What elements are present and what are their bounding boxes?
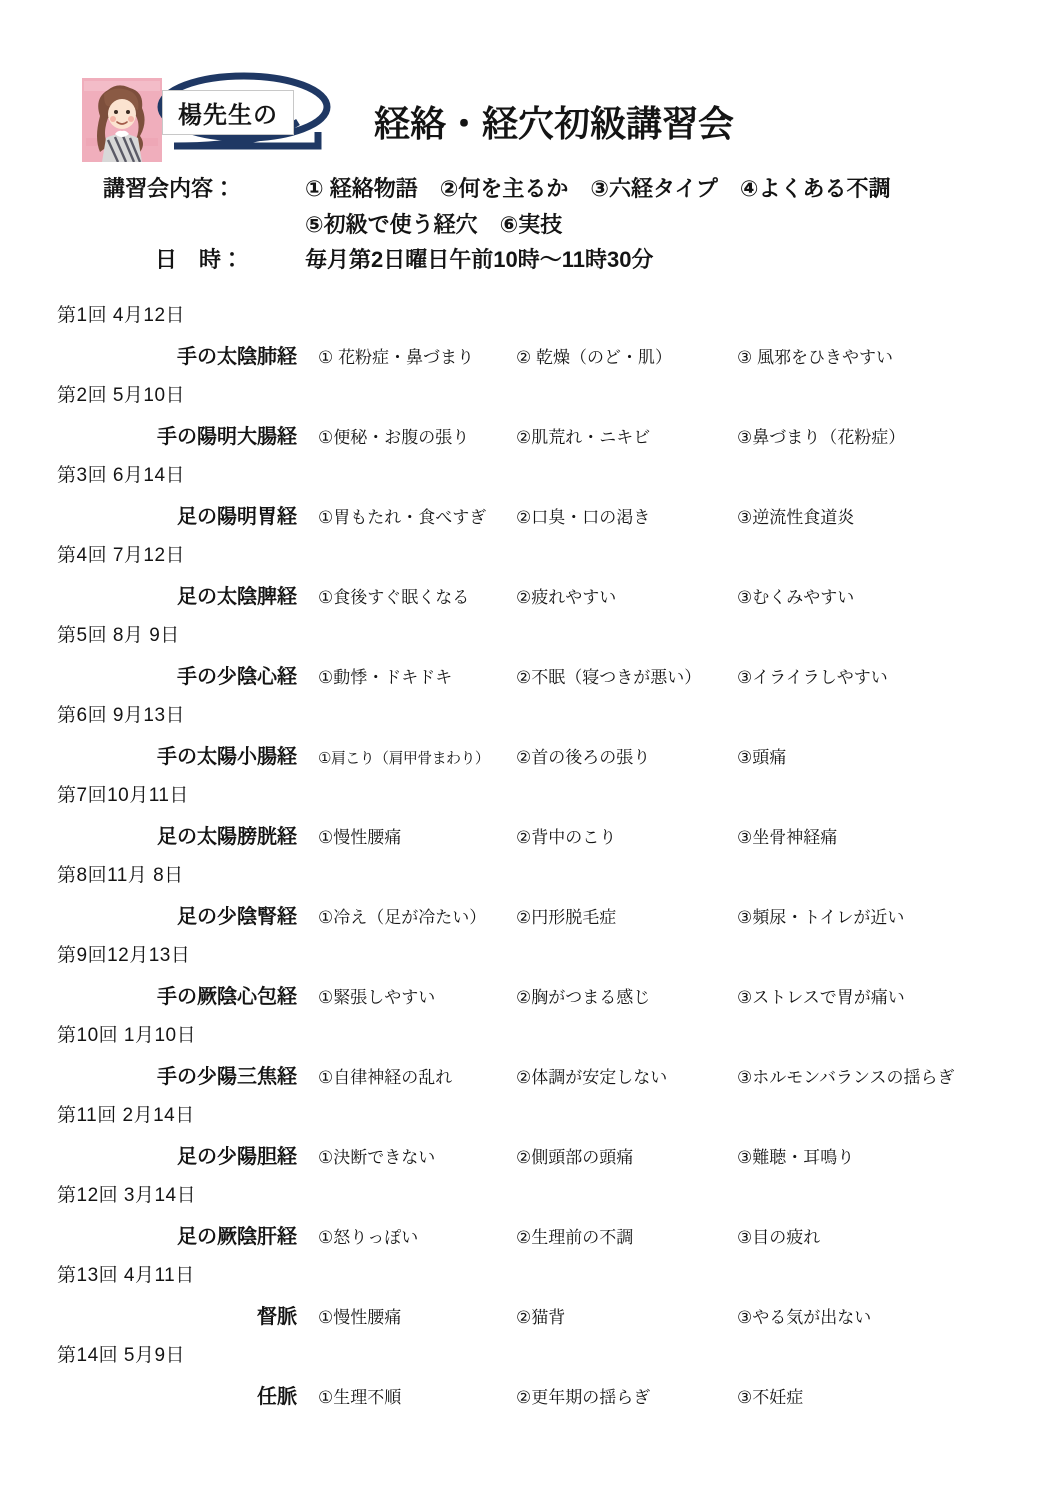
symptom-3: ③やる気が出ない (716, 1303, 1058, 1328)
session-item: 第9回12月13日 手の厥陰心包経 ①緊張しやすい ②胸がつまる感じ ③ストレス… (0, 940, 1058, 1020)
symptom-3: ③頻尿・トイレが近い (716, 903, 1058, 928)
symptom-3: ③むくみやすい (716, 583, 1058, 608)
symptom-3: ③頭痛 (716, 743, 1058, 768)
session-row: 督脈 ①慢性腰痛 ②猫背 ③やる気が出ない (0, 1300, 1058, 1329)
symptom-2: ②疲れやすい (495, 583, 716, 608)
symptom-2: ② 乾燥（のど・肌） (495, 343, 716, 368)
symptom-1: ①慢性腰痛 (297, 823, 495, 848)
session-item: 第3回 6月14日 足の陽明胃経 ①胃もたれ・食べすぎ ②口臭・口の渇き ③逆流… (0, 460, 1058, 540)
session-row: 足の太陽膀胱経 ①慢性腰痛 ②背中のこり ③坐骨神経痛 (0, 820, 1058, 849)
symptom-2: ②口臭・口の渇き (495, 503, 716, 528)
symptom-1: ①怒りっぽい (297, 1223, 495, 1248)
meridian-name: 足の太陰脾経 (0, 580, 297, 609)
symptom-3: ③坐骨神経痛 (716, 823, 1058, 848)
session-item: 第6回 9月13日 手の太陽小腸経 ①肩こり（肩甲骨まわり） ②首の後ろの張り … (0, 700, 1058, 780)
symptom-3: ③不妊症 (716, 1383, 1058, 1408)
symptom-3: ③イライラしやすい (716, 663, 1058, 688)
meridian-name: 足の太陽膀胱経 (0, 820, 297, 849)
session-heading: 第6回 9月13日 (57, 700, 185, 727)
symptom-2: ②肌荒れ・ニキビ (495, 423, 716, 448)
symptom-1: ①自律神経の乱れ (297, 1063, 495, 1088)
meridian-name: 足の厥陰肝経 (0, 1220, 297, 1249)
session-heading: 第12回 3月14日 (57, 1180, 196, 1207)
session-heading: 第10回 1月10日 (57, 1020, 196, 1047)
session-heading: 第7回10月11日 (57, 780, 189, 807)
meridian-name: 足の少陽胆経 (0, 1140, 297, 1169)
meridian-name: 手の陽明大腸経 (0, 420, 297, 449)
datetime-value: 毎月第2日曜日午前10時～11時30分 (305, 243, 653, 274)
meridian-name: 手の少陰心経 (0, 660, 297, 689)
symptom-2: ②首の後ろの張り (495, 743, 716, 768)
session-heading: 第5回 8月 9日 (57, 620, 180, 647)
symptom-1: ① 花粉症・鼻づまり (297, 343, 495, 368)
seminar-content-line-2: ⑤初級で使う経穴 ⑥実技 (305, 208, 562, 239)
session-item: 第5回 8月 9日 手の少陰心経 ①動悸・ドキドキ ②不眠（寝つきが悪い） ③イ… (0, 620, 1058, 700)
meridian-name: 任脈 (0, 1380, 297, 1409)
seminar-content-line-1: ① 経絡物語 ②何を主るか ③六経タイプ ④よくある不調 (305, 172, 891, 203)
session-row: 手の少陰心経 ①動悸・ドキドキ ②不眠（寝つきが悪い） ③イライラしやすい (0, 660, 1058, 689)
session-heading: 第8回11月 8日 (57, 860, 184, 887)
session-item: 第13回 4月11日 督脈 ①慢性腰痛 ②猫背 ③やる気が出ない (0, 1260, 1058, 1340)
symptom-1: ①緊張しやすい (297, 983, 495, 1008)
session-item: 第14回 5月9日 任脈 ①生理不順 ②更年期の揺らぎ ③不妊症 (0, 1340, 1058, 1420)
symptom-2: ②体調が安定しない (495, 1063, 716, 1088)
session-heading: 第13回 4月11日 (57, 1260, 195, 1287)
session-row: 足の厥陰肝経 ①怒りっぽい ②生理前の不調 ③目の疲れ (0, 1220, 1058, 1249)
speech-bubble-label: 楊先生の (178, 95, 278, 130)
session-heading: 第2回 5月10日 (57, 380, 185, 407)
session-item: 第4回 7月12日 足の太陰脾経 ①食後すぐ眠くなる ②疲れやすい ③むくみやす… (0, 540, 1058, 620)
session-row: 手の厥陰心包経 ①緊張しやすい ②胸がつまる感じ ③ストレスで胃が痛い (0, 980, 1058, 1009)
symptom-1: ①胃もたれ・食べすぎ (297, 503, 495, 528)
session-item: 第7回10月11日 足の太陽膀胱経 ①慢性腰痛 ②背中のこり ③坐骨神経痛 (0, 780, 1058, 860)
symptom-3: ③ホルモンバランスの揺らぎ (716, 1063, 1058, 1088)
session-heading: 第3回 6月14日 (57, 460, 185, 487)
session-heading: 第4回 7月12日 (57, 540, 185, 567)
session-row: 足の太陰脾経 ①食後すぐ眠くなる ②疲れやすい ③むくみやすい (0, 580, 1058, 609)
symptom-1: ①冷え（足が冷たい） (297, 903, 495, 928)
session-heading: 第9回12月13日 (57, 940, 190, 967)
symptom-1: ①慢性腰痛 (297, 1303, 495, 1328)
symptom-1: ①肩こり（肩甲骨まわり） (297, 747, 495, 768)
teacher-portrait-icon (82, 78, 162, 162)
symptom-3: ③ストレスで胃が痛い (716, 983, 1058, 1008)
session-row: 足の少陰腎経 ①冷え（足が冷たい） ②円形脱毛症 ③頻尿・トイレが近い (0, 900, 1058, 929)
datetime-label: 日 時： (155, 243, 243, 274)
symptom-2: ②側頭部の頭痛 (495, 1143, 716, 1168)
symptom-1: ①便秘・お腹の張り (297, 423, 495, 448)
session-heading: 第11回 2月14日 (57, 1100, 195, 1127)
seminar-content-label: 講習会内容： (103, 172, 235, 203)
session-row: 任脈 ①生理不順 ②更年期の揺らぎ ③不妊症 (0, 1380, 1058, 1409)
meridian-name: 督脈 (0, 1300, 297, 1329)
meridian-name: 手の少陽三焦経 (0, 1060, 297, 1089)
meridian-name: 手の太陽小腸経 (0, 740, 297, 769)
session-row: 足の少陽胆経 ①決断できない ②側頭部の頭痛 ③難聴・耳鳴り (0, 1140, 1058, 1169)
meridian-name: 手の厥陰心包経 (0, 980, 297, 1009)
session-item: 第10回 1月10日 手の少陽三焦経 ①自律神経の乱れ ②体調が安定しない ③ホ… (0, 1020, 1058, 1100)
session-item: 第2回 5月10日 手の陽明大腸経 ①便秘・お腹の張り ②肌荒れ・ニキビ ③鼻づ… (0, 380, 1058, 460)
symptom-2: ②円形脱毛症 (495, 903, 716, 928)
symptom-2: ②猫背 (495, 1303, 716, 1328)
session-row: 手の少陽三焦経 ①自律神経の乱れ ②体調が安定しない ③ホルモンバランスの揺らぎ (0, 1060, 1058, 1089)
session-row: 足の陽明胃経 ①胃もたれ・食べすぎ ②口臭・口の渇き ③逆流性食道炎 (0, 500, 1058, 529)
session-list: 第1回 4月12日 手の太陰肺経 ① 花粉症・鼻づまり ② 乾燥（のど・肌） ③… (0, 300, 1058, 1420)
session-heading: 第14回 5月9日 (57, 1340, 185, 1367)
symptom-3: ③目の疲れ (716, 1223, 1058, 1248)
session-heading: 第1回 4月12日 (57, 300, 185, 327)
session-row: 手の太陽小腸経 ①肩こり（肩甲骨まわり） ②首の後ろの張り ③頭痛 (0, 740, 1058, 769)
meridian-name: 足の陽明胃経 (0, 500, 297, 529)
symptom-3: ③難聴・耳鳴り (716, 1143, 1058, 1168)
symptom-3: ③ 風邪をひきやすい (716, 343, 1058, 368)
symptom-1: ①生理不順 (297, 1383, 495, 1408)
meridian-name: 足の少陰腎経 (0, 900, 297, 929)
symptom-2: ②更年期の揺らぎ (495, 1383, 716, 1408)
meridian-name: 手の太陰肺経 (0, 340, 297, 369)
page-title: 経絡・経穴初級講習会 (374, 96, 734, 147)
session-row: 手の太陰肺経 ① 花粉症・鼻づまり ② 乾燥（のど・肌） ③ 風邪をひきやすい (0, 340, 1058, 369)
symptom-2: ②胸がつまる感じ (495, 983, 716, 1008)
session-row: 手の陽明大腸経 ①便秘・お腹の張り ②肌荒れ・ニキビ ③鼻づまり（花粉症） (0, 420, 1058, 449)
symptom-2: ②生理前の不調 (495, 1223, 716, 1248)
symptom-2: ②背中のこり (495, 823, 716, 848)
symptom-1: ①食後すぐ眠くなる (297, 583, 495, 608)
session-item: 第11回 2月14日 足の少陽胆経 ①決断できない ②側頭部の頭痛 ③難聴・耳鳴… (0, 1100, 1058, 1180)
symptom-3: ③逆流性食道炎 (716, 503, 1058, 528)
symptom-2: ②不眠（寝つきが悪い） (495, 663, 716, 688)
session-item: 第1回 4月12日 手の太陰肺経 ① 花粉症・鼻づまり ② 乾燥（のど・肌） ③… (0, 300, 1058, 380)
session-item: 第8回11月 8日 足の少陰腎経 ①冷え（足が冷たい） ②円形脱毛症 ③頻尿・ト… (0, 860, 1058, 940)
session-item: 第12回 3月14日 足の厥陰肝経 ①怒りっぽい ②生理前の不調 ③目の疲れ (0, 1180, 1058, 1260)
symptom-1: ①決断できない (297, 1143, 495, 1168)
symptom-3: ③鼻づまり（花粉症） (716, 423, 1058, 448)
seminar-flyer-page: 楊先生の 経絡・経穴初級講習会 講習会内容： ① 経絡物語 ②何を主るか ③六経… (0, 0, 1058, 1497)
symptom-1: ①動悸・ドキドキ (297, 663, 495, 688)
speech-bubble-label-box: 楊先生の (162, 90, 294, 135)
